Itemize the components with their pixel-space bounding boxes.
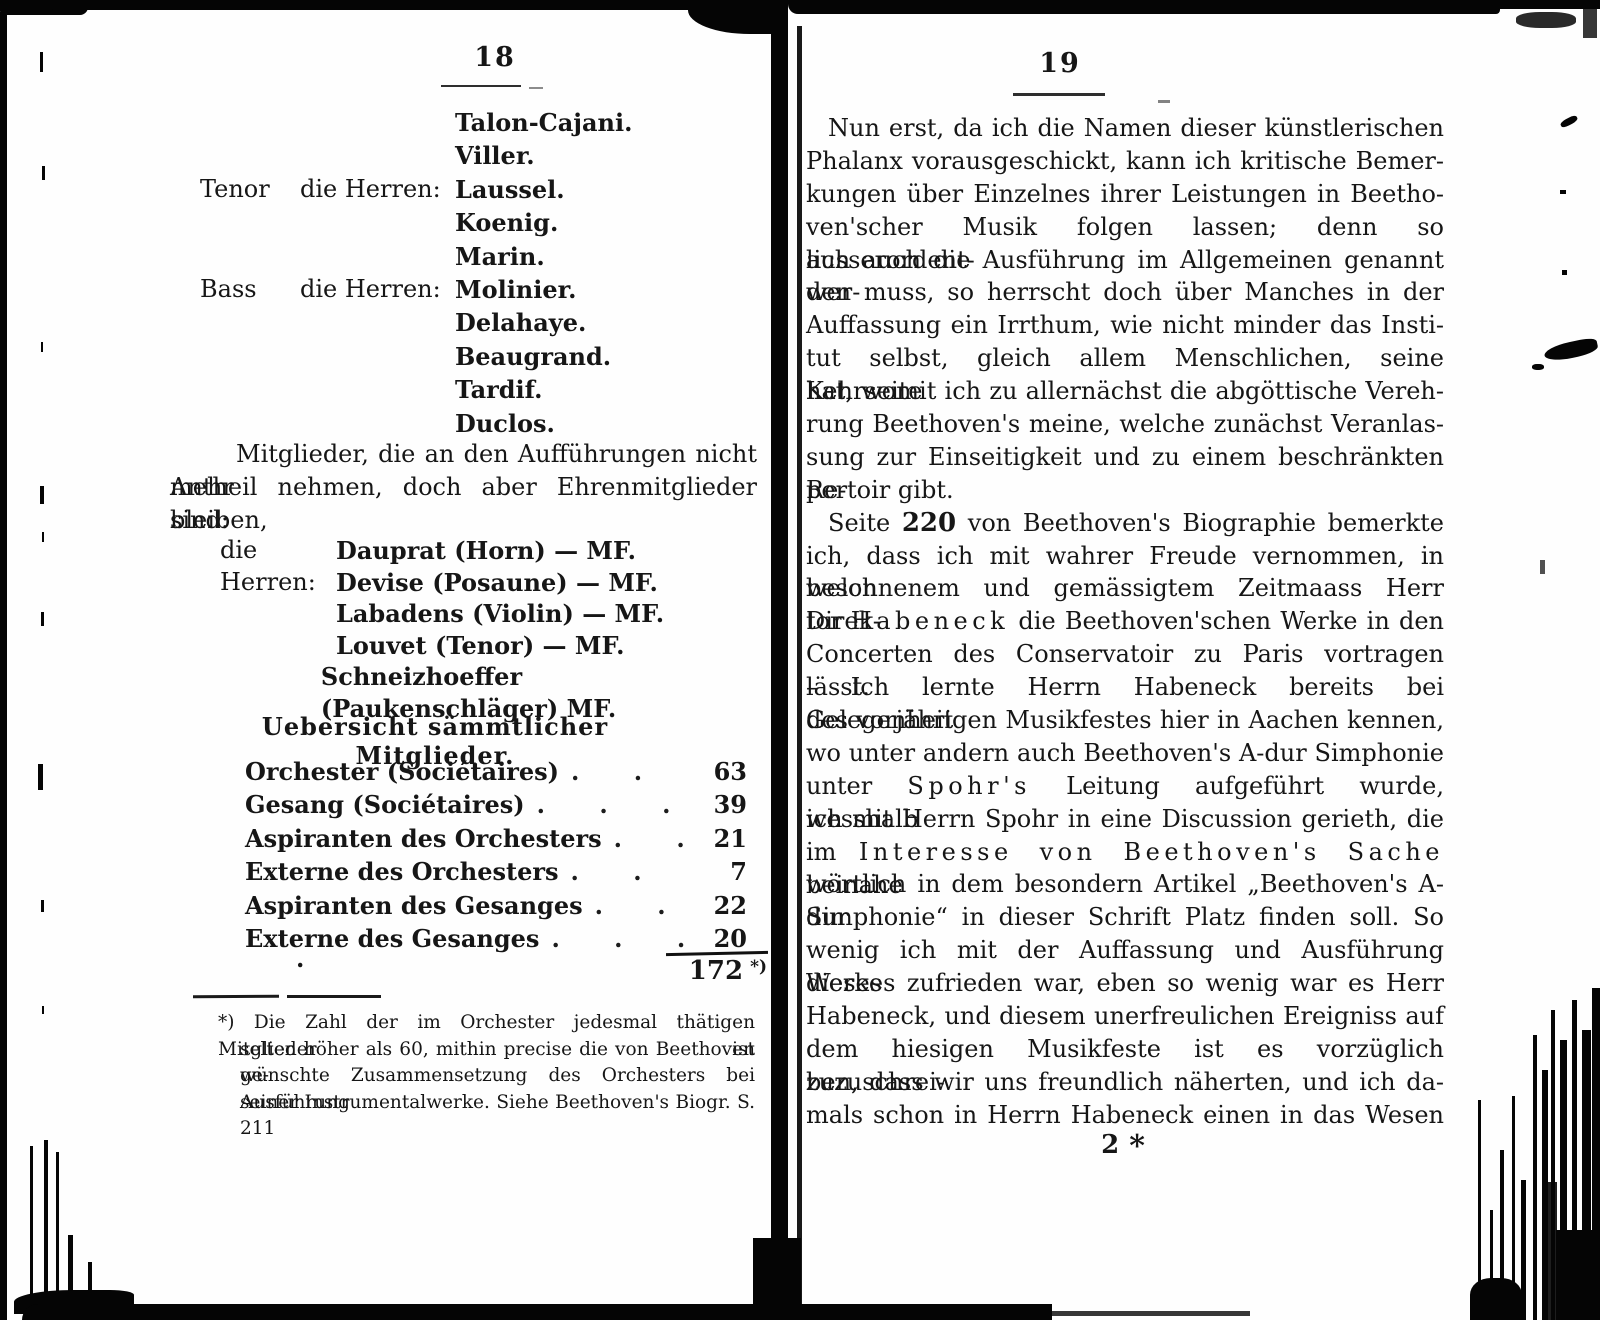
text-line: ich mit Herrn Spohr in eine Discussion g… (806, 803, 1444, 836)
footnote-reference-mark: *) (743, 957, 767, 977)
text-line: im Interesse von Beethoven's Sache beina… (806, 836, 1444, 869)
roster-name: Tardif. (455, 373, 542, 406)
ink-mark (1533, 1035, 1537, 1320)
text-line: – Ich lernte Herrn Habeneck bereits bei … (806, 671, 1444, 704)
ink-mark (40, 52, 43, 72)
ink-mark (41, 900, 44, 912)
ink-mark (42, 1006, 44, 1014)
text-line: wenig ich mit der Auffassung und Ausführ… (806, 934, 1444, 967)
text-line: rung Beethoven's meine, welche zunächst … (806, 408, 1444, 441)
honorary-name: Dauprat (Horn) — MF. (336, 535, 636, 567)
right-page-number-rule (1013, 93, 1105, 96)
honorary-prefix (220, 567, 336, 599)
text-line: dem hiesigen Musikfeste ist es vorzüglic… (806, 1033, 1444, 1066)
text-line: Habeneck, und diesem unerfreulichen Erei… (806, 1000, 1444, 1033)
text-line: selten höher als 60, mithin precise die … (218, 1037, 755, 1064)
summary-label: Orchester (Sociétaires) (245, 755, 559, 788)
roster-row: Beaugrand. (200, 340, 760, 373)
text-line: wo unter andern auch Beethoven's A-dur S… (806, 737, 1444, 770)
summary-value: 39 (689, 788, 747, 821)
emphasized-text: Interesse von Beethoven's Sache (859, 838, 1444, 866)
text-line: sung zur Einseitigkeit und zu einem besc… (806, 441, 1444, 474)
text-line: den muss, so herrscht doch über Manches … (806, 276, 1444, 309)
text-segment: von Beethoven's Biographie bemerkte (956, 509, 1444, 537)
signature-number: 2 (1101, 1130, 1119, 1160)
roster-name: Molinier. (455, 273, 576, 306)
roster-row: Viller. (200, 139, 760, 172)
summary-row: Orchester (Sociétaires) 63 (245, 755, 747, 788)
summary-label: Aspiranten des Gesanges (245, 889, 583, 922)
right-page-number-rule-dash (1158, 100, 1170, 103)
left-page-number: 18 (440, 42, 550, 73)
summary-value: 22 (689, 889, 747, 922)
roster-row: Delahaye. (200, 306, 760, 339)
honorary-name: Louvet (Tenor) — MF. (336, 630, 624, 662)
members-summary-table: Orchester (Sociétaires) 63 Gesang (Socié… (245, 755, 747, 955)
ink-mark (56, 1152, 59, 1310)
signature-mark: 2* (1078, 1126, 1168, 1161)
ink-mark (42, 166, 45, 180)
ink-mark (44, 1140, 48, 1310)
voice-label (200, 407, 300, 440)
ink-mark (1516, 12, 1576, 28)
ink-mark (1545, 1182, 1557, 1320)
text-line: unter Spohr's Leitung aufgeführt wurde, … (806, 770, 1444, 803)
summary-value: 63 (689, 755, 747, 788)
dot-leader (559, 755, 689, 789)
left-page-number-rule-dash (529, 87, 543, 89)
roster-prefix (300, 206, 455, 239)
honorary-prefix (220, 598, 336, 630)
text-line: tut selbst, gleich allem Menschlichen, s… (806, 342, 1444, 375)
ink-mark (1543, 337, 1599, 364)
voice-label (200, 139, 300, 172)
dot-leader (602, 822, 689, 856)
summary-value: 20 (689, 922, 747, 955)
signature-star: * (1119, 1129, 1145, 1164)
honorary-row: Devise (Posaune) — MF. (220, 567, 760, 599)
text-line: tor Habeneck die Beethoven'schen Werke i… (806, 605, 1444, 638)
footnote: *) Die Zahl der im Orchester jedesmal th… (218, 1010, 755, 1116)
honorary-members-paragraph: Mitglieder, die an den Aufführungen nich… (170, 438, 757, 537)
body-text: Nun erst, da ich die Namen dieser künstl… (806, 112, 1444, 1132)
summary-label: Gesang (Sociétaires) (245, 788, 525, 821)
emphasized-text: Habeneck (851, 607, 1009, 635)
ink-mark (1560, 190, 1566, 194)
bold-text: 220 (902, 508, 956, 538)
honorary-name: Schneizhoeffer (Paukenschläger) MF. (321, 661, 760, 693)
honorary-prefix (220, 661, 321, 693)
page-bottom-edge (1050, 1311, 1250, 1316)
book-scan: 18 Talon-Cajani. Viller. Tenor die Herre… (0, 0, 1600, 1320)
honorary-row: Schneizhoeffer (Paukenschläger) MF. (220, 661, 760, 693)
text-line: ven'scher Musik folgen lassen; denn so a… (806, 211, 1444, 244)
dot-leader (583, 889, 689, 923)
roster-name: Koenig. (455, 206, 558, 239)
dot-leader (525, 788, 689, 822)
ink-mark (41, 342, 43, 352)
text-line: wünschte Zusammensetzung des Orchesters … (218, 1063, 755, 1090)
roster-row: Tenor die Herren: Laussel. (200, 173, 760, 206)
roster-prefix (300, 340, 455, 373)
summary-total: 172*) (545, 956, 767, 986)
ink-mark (1540, 560, 1545, 574)
ink-mark (1532, 364, 1544, 370)
ink-mark (788, 0, 1500, 14)
honorary-prefix: die Herren: (220, 535, 336, 567)
paragraph-2: Seite 220 von Beethoven's Biographie bem… (806, 507, 1444, 1132)
voice-label (200, 340, 300, 373)
summary-label: Aspiranten des Orchesters (245, 822, 602, 855)
ink-mark (40, 486, 44, 504)
dot-leader (539, 922, 689, 956)
ink-mark (1470, 1278, 1522, 1320)
text-segment: unter (806, 772, 907, 800)
page-bottom-edge (22, 1304, 1052, 1320)
text-line: Simphonie“ in dieser Schrift Platz finde… (806, 901, 1444, 934)
roster-name: Talon-Cajani. (455, 106, 632, 139)
summary-row: Aspiranten des Gesanges 22 (245, 889, 747, 922)
ink-mark (1583, 8, 1597, 38)
text-segment: die Beethoven'schen Werke in den (1009, 607, 1444, 635)
roster-row: Koenig. (200, 206, 760, 239)
roster-name: Viller. (455, 139, 535, 172)
text-line: Antheil nehmen, doch aber Ehrenmitgliede… (170, 471, 757, 504)
text-line: Mitglieder, die an den Aufführungen nich… (170, 438, 757, 471)
right-page-number: 19 (1010, 48, 1110, 79)
summary-label: Externe des Orchesters (245, 855, 559, 888)
text-line: besonnenem und gemässigtem Zeitmaass Her… (806, 572, 1444, 605)
footnote-separator (287, 995, 381, 998)
roster-prefix (300, 306, 455, 339)
summary-row: Aspiranten des Orchesters 21 (245, 822, 747, 855)
roster-name: Marin. (455, 240, 545, 273)
text-line: ich, dass ich mit wahrer Freude vernomme… (806, 540, 1444, 573)
emphasized-text: Spohr's (907, 772, 1031, 800)
text-line: pertoir gibt. (806, 474, 1444, 507)
gutter-shadow (771, 0, 788, 1320)
roster-name: Duclos. (455, 407, 555, 440)
text-segment: Seite (828, 509, 902, 537)
footnote-separator (193, 995, 279, 999)
ink-mark (1556, 1230, 1600, 1320)
roster-name: Delahaye. (455, 306, 586, 339)
voice-label (200, 306, 300, 339)
honorary-name: Labadens (Violin) — MF. (336, 598, 664, 630)
honorary-prefix (220, 630, 336, 662)
roster-row: Marin. (200, 240, 760, 273)
voice-label (200, 206, 300, 239)
ink-mark (0, 12, 7, 1320)
text-line: Seite 220 von Beethoven's Biographie bem… (806, 507, 1444, 540)
text-line: des vorjährigen Musikfestes hier in Aach… (806, 704, 1444, 737)
roster-row: Bass die Herren: Molinier. (200, 273, 760, 306)
summary-row: Externe des Gesanges 20 (245, 922, 747, 955)
left-page-number-rule (441, 85, 521, 87)
right-page: 19 Nun erst, da ich die Namen dieser kün… (790, 0, 1490, 1320)
roster-name: Beaugrand. (455, 340, 611, 373)
roster-prefix (300, 240, 455, 273)
roster-prefix (300, 373, 455, 406)
text-segment: im (806, 838, 859, 866)
summary-value: 21 (689, 822, 747, 855)
text-line: Auffassung ein Irrthum, wie nicht minder… (806, 309, 1444, 342)
summary-value: 7 (689, 855, 747, 888)
singer-roster: Talon-Cajani. Viller. Tenor die Herren: … (200, 106, 760, 440)
roster-row: Talon-Cajani. (200, 106, 760, 139)
honorary-members-list: die Herren: Dauprat (Horn) — MF. Devise … (220, 535, 760, 693)
text-line: *) Die Zahl der im Orchester jedesmal th… (218, 1010, 755, 1037)
text-line: ben, dass wir uns freundlich näherten, u… (806, 1066, 1444, 1099)
roster-prefix: die Herren: (300, 273, 455, 306)
dot-leader (559, 855, 690, 889)
honorary-row: Louvet (Tenor) — MF. (220, 630, 760, 662)
roster-prefix: die Herren: (300, 173, 455, 206)
summary-label: Externe des Gesanges (245, 922, 539, 955)
honorary-row: Labadens (Violin) — MF. (220, 598, 760, 630)
text-line: Phalanx vorausgeschickt, kann ich kritis… (806, 145, 1444, 178)
text-line: lich auch die Ausführung im Allgemeinen … (806, 244, 1444, 277)
ink-mark (1559, 114, 1578, 129)
ink-mark (52, 0, 702, 10)
text-line: Werkes zufrieden war, eben so wenig war … (806, 967, 1444, 1000)
honorary-row: die Herren: Dauprat (Horn) — MF. (220, 535, 760, 567)
text-line: hat, womit ich zu allernächst die abgött… (806, 375, 1444, 408)
left-page: 18 Talon-Cajani. Viller. Tenor die Herre… (0, 0, 770, 1320)
stray-period: . (296, 944, 304, 973)
text-line: wörtlich in dem besondern Artikel „Beeth… (806, 868, 1444, 901)
ink-mark (41, 612, 44, 626)
paragraph-1: Nun erst, da ich die Namen dieser künstl… (806, 112, 1444, 507)
voice-label (200, 373, 300, 406)
summary-row: Gesang (Sociétaires) 39 (245, 788, 747, 821)
honorary-name: Devise (Posaune) — MF. (336, 567, 658, 599)
text-segment: tor (806, 607, 851, 635)
ink-mark (1562, 270, 1567, 275)
roster-name: Laussel. (455, 173, 565, 206)
voice-label (200, 240, 300, 273)
text-line: Nun erst, da ich die Namen dieser künstl… (806, 112, 1444, 145)
summary-row: Externe des Orchesters 7 (245, 855, 747, 888)
roster-prefix (300, 106, 455, 139)
roster-prefix (300, 407, 455, 440)
roster-prefix (300, 139, 455, 172)
voice-label: Bass (200, 273, 300, 306)
voice-label (200, 106, 300, 139)
text-line: kungen über Einzelnes ihrer Leistungen i… (806, 178, 1444, 211)
roster-row: Duclos. (200, 407, 760, 440)
text-line: seiner Instrumentalwerke. Siehe Beethove… (218, 1090, 755, 1117)
voice-label: Tenor (200, 173, 300, 206)
ink-mark (38, 764, 43, 790)
roster-row: Tardif. (200, 373, 760, 406)
text-line: Concerten des Conservatoir zu Paris vort… (806, 638, 1444, 671)
gutter-shadow (797, 26, 802, 1320)
ink-mark (30, 1146, 33, 1308)
ink-mark (42, 532, 44, 542)
summary-total-value: 172 (689, 956, 743, 986)
